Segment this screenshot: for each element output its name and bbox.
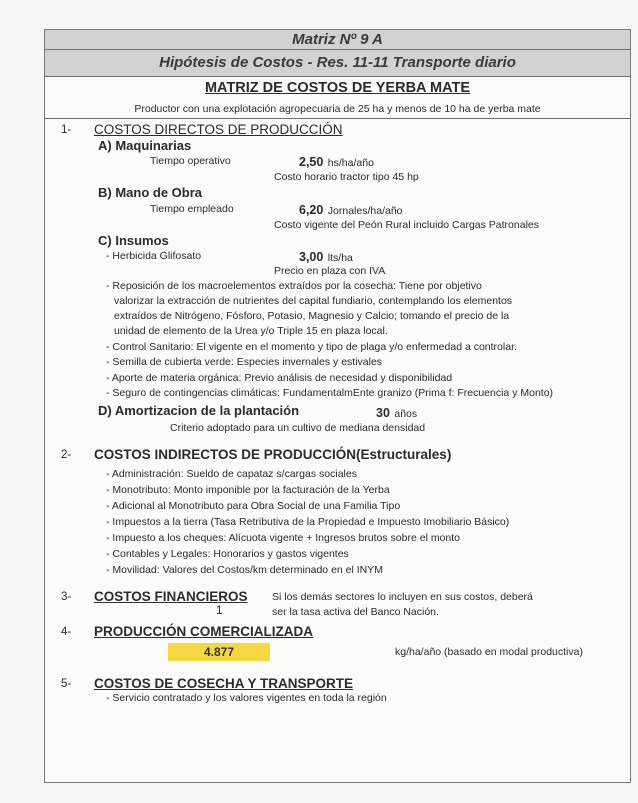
- producer-description: Productor con una explotación agropecuar…: [45, 98, 630, 119]
- insumo-item: - Seguro de contingencias climáticas: Fu…: [106, 387, 553, 399]
- insumo-item: - Control Sanitario: El vigente en el mo…: [106, 341, 517, 353]
- section-4-note: kg/ha/año (basado en modal productiva): [395, 646, 583, 658]
- subsection-d-value: 30: [376, 406, 390, 420]
- insumo-item: - Semilla de cubierta verde: Especies in…: [106, 356, 382, 368]
- subsection-b-value-group: 6,20 Jornales/ha/año: [299, 201, 403, 219]
- subsection-c-title: C) Insumos: [98, 233, 169, 248]
- insumo-item: unidad de elemento de la Urea y/o Triple…: [114, 325, 388, 337]
- subsection-a-unit: hs/ha/año: [328, 157, 374, 169]
- indirect-cost-item: - Adicional al Monotributo para Obra Soc…: [106, 500, 400, 512]
- insumo-item: - Aporte de materia orgánica: Previo aná…: [106, 372, 452, 384]
- hypothesis-heading: Hipótesis de Costos - Res. 11-11 Transpo…: [45, 50, 630, 77]
- document-title: MATRIZ DE COSTOS DE YERBA MATE: [45, 78, 630, 98]
- subsection-d-value-group: 30 años: [376, 404, 417, 422]
- subsection-d-note: Criterio adoptado para un cultivo de med…: [170, 422, 425, 434]
- insumo-item: extraídos de Nitrógeno, Fósforo, Potasio…: [114, 310, 509, 322]
- section-3-value: 1: [216, 605, 222, 617]
- subsection-a-title: A) Maquinarias: [98, 138, 191, 153]
- indirect-cost-item: - Impuesto a los cheques: Alícuota vigen…: [106, 532, 460, 544]
- section-3-title: COSTOS FINANCIEROS: [94, 589, 248, 604]
- subsection-c-label: - Herbicida Glifosato: [106, 250, 201, 262]
- harvest-cost-item: - Servicio contratado y los valores vige…: [106, 692, 387, 704]
- section-1-number: 1-: [61, 124, 71, 136]
- section-3-note-line: Si los demás sectores lo incluyen en sus…: [272, 591, 533, 603]
- indirect-cost-item: - Movilidad: Valores del Costos/km deter…: [106, 564, 383, 576]
- indirect-cost-item: - Contables y Legales: Honorarios y gast…: [106, 548, 349, 560]
- subsection-d-unit: años: [394, 408, 417, 420]
- subsection-a-value-group: 2,50 hs/ha/año: [299, 153, 374, 171]
- subsection-c-value: 3,00: [299, 250, 323, 264]
- subsection-b-note: Costo vigente del Peón Rural incluido Ca…: [274, 219, 539, 231]
- subsection-d-title: D) Amortizacion de la plantación: [98, 403, 299, 418]
- subsection-b-title: B) Mano de Obra: [98, 185, 202, 200]
- subsection-a-note: Costo horario tractor tipo 45 hp: [274, 171, 419, 183]
- indirect-cost-item: - Administración: Sueldo de capataz s/ca…: [106, 468, 357, 480]
- subsection-a-value: 2,50: [299, 155, 323, 169]
- subsection-b-value: 6,20: [299, 203, 323, 217]
- section-4-number: 4-: [61, 626, 71, 638]
- subsection-c-note: Precio en plaza con IVA: [274, 265, 385, 277]
- indirect-cost-item: - Monotributo: Monto imponible por la fa…: [106, 484, 390, 496]
- matrix-label: Matriz Nº 9 A: [45, 30, 630, 50]
- section-3-number: 3-: [61, 591, 71, 603]
- section-2-number: 2-: [61, 449, 71, 461]
- insumo-item: valorizar la extracción de nutrientes de…: [114, 295, 512, 307]
- section-5-number: 5-: [61, 678, 71, 690]
- section-2-title: COSTOS INDIRECTOS DE PRODUCCIÓN(Estructu…: [94, 447, 451, 462]
- section-1-title: COSTOS DIRECTOS DE PRODUCCIÓN: [94, 122, 343, 137]
- subsection-c-unit: lts/ha: [328, 252, 353, 264]
- subsection-b-label: Tiempo empleado: [150, 203, 234, 215]
- subsection-a-label: Tiempo operativo: [150, 155, 231, 167]
- section-5-title: COSTOS DE COSECHA Y TRANSPORTE: [94, 676, 353, 691]
- subsection-c-value-group: 3,00 lts/ha: [299, 248, 353, 266]
- section-4-title: PRODUCCIÓN COMERCIALIZADA: [94, 624, 313, 639]
- insumo-item: - Reposición de los macroelementos extra…: [106, 280, 482, 292]
- commercialized-production-value: 4.877: [168, 643, 270, 661]
- indirect-cost-item: - Impuestos a la tierra (Tasa Retributiv…: [106, 516, 509, 528]
- subsection-b-unit: Jornales/ha/año: [328, 205, 403, 217]
- cost-matrix-sheet: Matriz Nº 9 A Hipótesis de Costos - Res.…: [44, 29, 631, 783]
- section-3-note-line: ser la tasa activa del Banco Nación.: [272, 606, 439, 618]
